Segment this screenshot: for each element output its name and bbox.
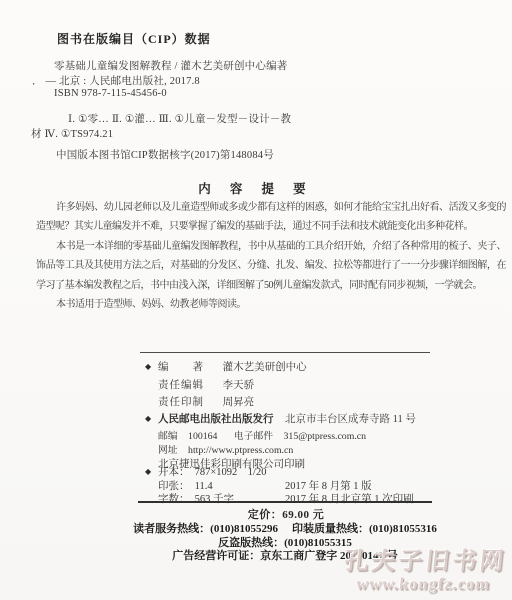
format-row-kaiben: 开本： 787×1092 1/20 bbox=[158, 464, 266, 479]
cip-heading: 图书在版编目（CIP）数据 bbox=[57, 30, 211, 47]
abstract-body: 许多妈妈、幼儿园老师以及儿童造型师或多或少都有这样的困惑，如何才能给宝宝扎出好看… bbox=[36, 198, 506, 314]
cip-record-number: 中国版本图书馆CIP数据核字(2017)第148084号 bbox=[56, 147, 274, 162]
credit-value: 灌木艺美研创中心 bbox=[223, 362, 307, 373]
format-row-zishu: 字数： 563 千字 bbox=[158, 491, 234, 506]
abstract-paragraph-1: 许多妈妈、幼儿园老师以及儿童造型师或多或少都有这样的困惑，如何才能给宝宝扎出好看… bbox=[36, 198, 506, 237]
diamond-bullet-icon: ◆ bbox=[145, 414, 151, 423]
abstract-paragraph-3: 本书适用于造型师、妈妈、幼教老师等阅读。 bbox=[36, 295, 506, 314]
credit-label: 责任印制 bbox=[158, 394, 214, 409]
postcode-value: 100164 bbox=[188, 431, 217, 442]
credit-row-author: 编 著 灌木艺美研创中心 bbox=[158, 359, 307, 374]
website-value: http://www.ptpress.com.cn bbox=[188, 445, 293, 456]
credit-row-print-supervisor: 责任印制 周昇亮 bbox=[158, 394, 254, 409]
publisher-address: 北京市丰台区成寿寺路 11 号 bbox=[285, 411, 416, 426]
format-label: 开本： bbox=[158, 464, 192, 479]
format-label: 字数： bbox=[158, 491, 192, 506]
watermark-site-name: 孔夫子旧书网 bbox=[343, 541, 509, 576]
abstract-heading: 内 容 提 要 bbox=[0, 179, 512, 197]
website-label: 网址 bbox=[158, 445, 178, 456]
diamond-bullet-icon: ◆ bbox=[145, 362, 151, 371]
divider-line-bottom bbox=[138, 501, 432, 503]
postcode-email-row: 邮编 100164 电子邮件 315@ptpress.com.cn bbox=[158, 428, 366, 442]
diamond-bullet-icon: ◆ bbox=[145, 467, 151, 476]
printing-line: 2017 年 8 月北京第 1 次印刷 bbox=[285, 491, 414, 506]
website-row: 网址 http://www.ptpress.com.cn bbox=[158, 442, 293, 456]
book-copyright-page: 图书在版编目（CIP）数据 零基础儿童编发图解教程 / 灌木艺美研创中心编著 ．… bbox=[0, 0, 512, 600]
credit-label: 编 著 bbox=[158, 359, 214, 374]
email-label: 电子邮件 bbox=[234, 431, 273, 442]
postcode-label: 邮编 bbox=[158, 431, 178, 442]
kongfz-watermark: 孔夫子旧书网 www.kongfz.com bbox=[341, 541, 509, 594]
format-value: 563 千字 bbox=[195, 494, 234, 505]
cip-publisher-line: ． — 北京 : 人民邮电出版社, 2017.8 bbox=[32, 73, 200, 88]
cip-title-line: 零基础儿童编发图解教程 / 灌木艺美研创中心编著 bbox=[54, 58, 287, 73]
cip-classification-line-1: Ⅰ. ①零… Ⅱ. ①灌… Ⅲ. ①儿童－发型－设计－教 bbox=[68, 111, 291, 126]
publisher-name: 人民邮电出版社出版发行 bbox=[158, 414, 274, 425]
format-value: 787×1092 1/20 bbox=[195, 467, 267, 478]
abstract-paragraph-2: 本书是一本详细的零基础儿童编发图解教程，书中从基础的工具介绍开始，介绍了各种常用… bbox=[36, 237, 506, 295]
credit-value: 周昇亮 bbox=[223, 397, 255, 408]
divider-line-top bbox=[140, 352, 430, 353]
cip-classification-line-2: 材 Ⅳ. ①TS974.21 bbox=[31, 126, 113, 141]
credit-row-editor: 责任编辑 李天骄 bbox=[158, 377, 254, 392]
email-value: 315@ptpress.com.cn bbox=[284, 431, 366, 442]
credit-label: 责任编辑 bbox=[158, 377, 214, 392]
publisher-row: 人民邮电出版社出版发行 北京市丰台区成寿寺路 11 号 bbox=[158, 411, 274, 426]
credit-value: 李天骄 bbox=[223, 380, 255, 391]
ad-license-label: 广告经营许可证： bbox=[172, 550, 260, 562]
cip-isbn-line: ISBN 978-7-115-45456-0 bbox=[54, 88, 167, 99]
watermark-site-url: www.kongfz.com bbox=[341, 574, 505, 594]
